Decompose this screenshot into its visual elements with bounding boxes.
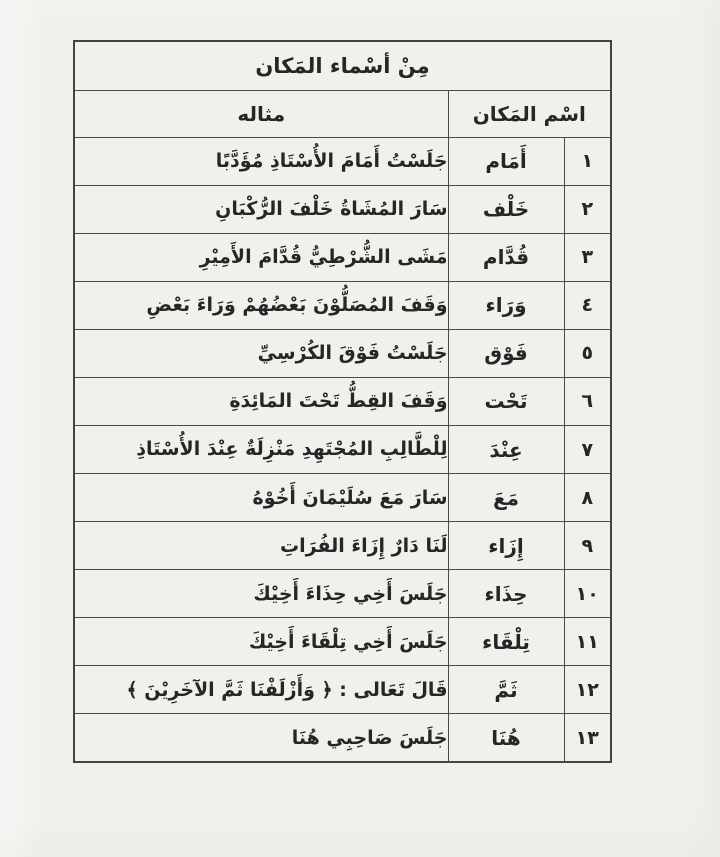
table-row: ٧ عِنْدَ لِلْطَّالِبِ المُجْتَهِدِ مَنْز… xyxy=(74,426,611,474)
example-sentence: وَقَفَ المُصَلُّوْنَ بَعْضُهُمْ وَرَاءَ … xyxy=(74,281,448,329)
example-sentence: جَلَسَ أَخِي حِذَاءَ أَخِيْكَ xyxy=(74,570,448,618)
table-row: ١١ تِلْقَاء جَلَسَ أَخِي تِلْقَاءَ أَخِي… xyxy=(74,618,611,666)
row-number: ٣ xyxy=(564,233,611,281)
example-sentence: جَلَسَ صَاحِبِي هُنَا xyxy=(74,714,448,762)
row-number: ١٣ xyxy=(564,714,611,762)
table-row: ٥ فَوْق جَلَسْتُ فَوْقَ الكُرْسِيِّ xyxy=(74,329,611,377)
row-number: ٦ xyxy=(564,377,611,425)
row-number: ٧ xyxy=(564,426,611,474)
table-row: ٩ إِزَاء لَنَا دَارٌ إِزَاءَ الفُرَاتِ xyxy=(74,522,611,570)
example-sentence: لِلْطَّالِبِ المُجْتَهِدِ مَنْزِلَةٌ عِن… xyxy=(74,426,448,474)
row-number: ٩ xyxy=(564,522,611,570)
place-noun: خَلْف xyxy=(448,185,564,233)
table-row: ٨ مَعَ سَارَ مَعَ سُلَيْمَانَ أَخُوْهُ xyxy=(74,474,611,522)
row-number: ٤ xyxy=(564,281,611,329)
example-sentence: وَقَفَ القِطُّ تَحْتَ المَائِدَةِ xyxy=(74,377,448,425)
place-noun: عِنْدَ xyxy=(448,426,564,474)
table-row: ١٢ ثَمَّ قَالَ تَعَالى : ﴿ وَأَزْلَفْنَا… xyxy=(74,666,611,714)
example-sentence: جَلَسَ أَخِي تِلْقَاءَ أَخِيْكَ xyxy=(74,618,448,666)
place-noun: إِزَاء xyxy=(448,522,564,570)
row-number: ٢ xyxy=(564,185,611,233)
table-title: مِنْ أسْماء المَكان xyxy=(74,41,611,90)
example-sentence: سَارَ المُشَاةُ خَلْفَ الرُّكْبَانِ xyxy=(74,185,448,233)
place-noun: وَرَاء xyxy=(448,281,564,329)
place-noun: فَوْق xyxy=(448,329,564,377)
table-row: ٤ وَرَاء وَقَفَ المُصَلُّوْنَ بَعْضُهُمْ… xyxy=(74,281,611,329)
row-number: ٨ xyxy=(564,474,611,522)
header-row: اسْم المَكان مثاله xyxy=(74,90,611,137)
place-noun: ثَمَّ xyxy=(448,666,564,714)
example-sentence: جَلَسْتُ فَوْقَ الكُرْسِيِّ xyxy=(74,329,448,377)
title-row: مِنْ أسْماء المَكان xyxy=(74,41,611,90)
table-row: ١٣ هُنَا جَلَسَ صَاحِبِي هُنَا xyxy=(74,714,611,762)
place-noun: حِذَاء xyxy=(448,570,564,618)
document-photo: مِنْ أسْماء المَكان اسْم المَكان مثاله ١… xyxy=(0,0,720,857)
column-header-noun: اسْم المَكان xyxy=(448,90,611,137)
example-sentence: جَلَسْتُ أَمَامَ الأُسْتَاذِ مُؤَدَّبًا xyxy=(74,137,448,185)
row-number: ١٠ xyxy=(564,570,611,618)
table-row: ١٠ حِذَاء جَلَسَ أَخِي حِذَاءَ أَخِيْكَ xyxy=(74,570,611,618)
column-header-example: مثاله xyxy=(74,90,448,137)
place-noun: هُنَا xyxy=(448,714,564,762)
place-noun: أَمَام xyxy=(448,137,564,185)
example-sentence: قَالَ تَعَالى : ﴿ وَأَزْلَفْنَا ثَمَّ ال… xyxy=(74,666,448,714)
table-row: ٢ خَلْف سَارَ المُشَاةُ خَلْفَ الرُّكْبَ… xyxy=(74,185,611,233)
place-noun: تِلْقَاء xyxy=(448,618,564,666)
row-number: ١١ xyxy=(564,618,611,666)
table-row: ١ أَمَام جَلَسْتُ أَمَامَ الأُسْتَاذِ مُ… xyxy=(74,137,611,185)
place-noun: مَعَ xyxy=(448,474,564,522)
table-row: ٣ قُدَّام مَشَى الشُّرْطِيُّ قُدَّامَ ال… xyxy=(74,233,611,281)
example-sentence: سَارَ مَعَ سُلَيْمَانَ أَخُوْهُ xyxy=(74,474,448,522)
row-number: ٥ xyxy=(564,329,611,377)
row-number: ١ xyxy=(564,137,611,185)
place-nouns-table: مِنْ أسْماء المَكان اسْم المَكان مثاله ١… xyxy=(73,40,612,763)
place-noun: تَحْت xyxy=(448,377,564,425)
example-sentence: مَشَى الشُّرْطِيُّ قُدَّامَ الأَمِيْرِ xyxy=(74,233,448,281)
row-number: ١٢ xyxy=(564,666,611,714)
place-noun: قُدَّام xyxy=(448,233,564,281)
table-row: ٦ تَحْت وَقَفَ القِطُّ تَحْتَ المَائِدَة… xyxy=(74,377,611,425)
example-sentence: لَنَا دَارٌ إِزَاءَ الفُرَاتِ xyxy=(74,522,448,570)
